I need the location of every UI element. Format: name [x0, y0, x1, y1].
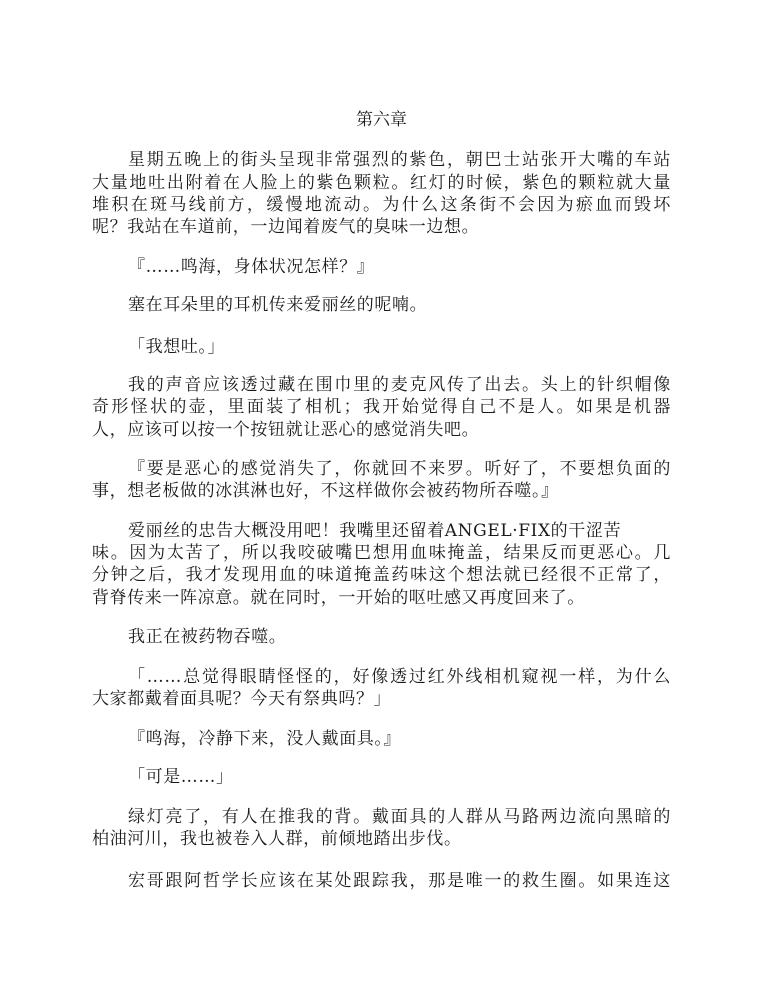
text-line: 爱丽丝的忠告大概没用吧！我嘴里还留着ANGEL·FIX的干涩苦: [128, 521, 671, 541]
text-line: 「可是……」: [128, 767, 671, 787]
text-line: 宏哥跟阿哲学长应该在某处跟踪我，那是唯一的救生圈。如果连这: [128, 871, 671, 891]
text-line: 柏油河川，我也被卷入人群，前倾地踏出步伐。: [92, 829, 671, 849]
text-line: 『鸣海，冷静下来，没人戴面具。』: [128, 729, 671, 749]
text-line: 奇形怪状的壶，里面装了相机；我开始觉得自己不是人。如果是机器: [92, 397, 671, 417]
text-line: 「……总觉得眼睛怪怪的，好像透过红外线相机窥视一样，为什么: [128, 667, 671, 687]
text-line: 大家都戴着面具呢？今天有祭典吗？」: [92, 689, 671, 709]
text-line: 绿灯亮了，有人在推我的背。戴面具的人群从马路两边流向黑暗的: [128, 807, 671, 827]
text-line: 我的声音应该透过藏在围巾里的麦克风传了出去。头上的针织帽像: [128, 375, 671, 395]
text-line: 『要是恶心的感觉消失了，你就回不来罗。听好了，不要想负面的: [128, 459, 671, 479]
text-line: 大量地吐出附着在人脸上的紫色颗粒。红灯的时候，紫色的颗粒就大量: [92, 173, 671, 193]
text-line: 事，想老板做的冰淇淋也好，不这样做你会被药物所吞噬。』: [92, 481, 671, 501]
text-line: 背脊传来一阵凉意。就在同时，一开始的呕吐感又再度回来了。: [92, 588, 671, 608]
text-line: 星期五晚上的街头呈现非常强烈的紫色，朝巴士站张开大嘴的车站: [128, 150, 671, 170]
text-line: 分钟之后，我才发现用血的味道掩盖药味这个想法就已经很不正常了，: [92, 565, 671, 585]
document-page: 第六章 星期五晚上的街头呈现非常强烈的紫色，朝巴士站张开大嘴的车站 大量地吐出附…: [0, 0, 765, 990]
text-line: 味。因为太苦了，所以我咬破嘴巴想用血味掩盖，结果反而更恶心。几: [92, 543, 671, 563]
text-line: 呢？我站在车道前，一边闻着废气的臭味一边想。: [92, 217, 671, 237]
text-line: 我正在被药物吞噬。: [128, 627, 671, 647]
text-line: 「我想吐。」: [128, 337, 671, 357]
chapter-title: 第六章: [92, 110, 671, 130]
text-line: 『……鸣海，身体状况怎样？』: [128, 257, 671, 277]
text-line: 塞在耳朵里的耳机传来爱丽丝的呢喃。: [128, 295, 671, 315]
text-line: 人，应该可以按一个按钮就让恶心的感觉消失吧。: [92, 420, 671, 440]
text-line: 堆积在斑马线前方，缓慢地流动。为什么这条街不会因为瘀血而毁坏: [92, 195, 671, 215]
